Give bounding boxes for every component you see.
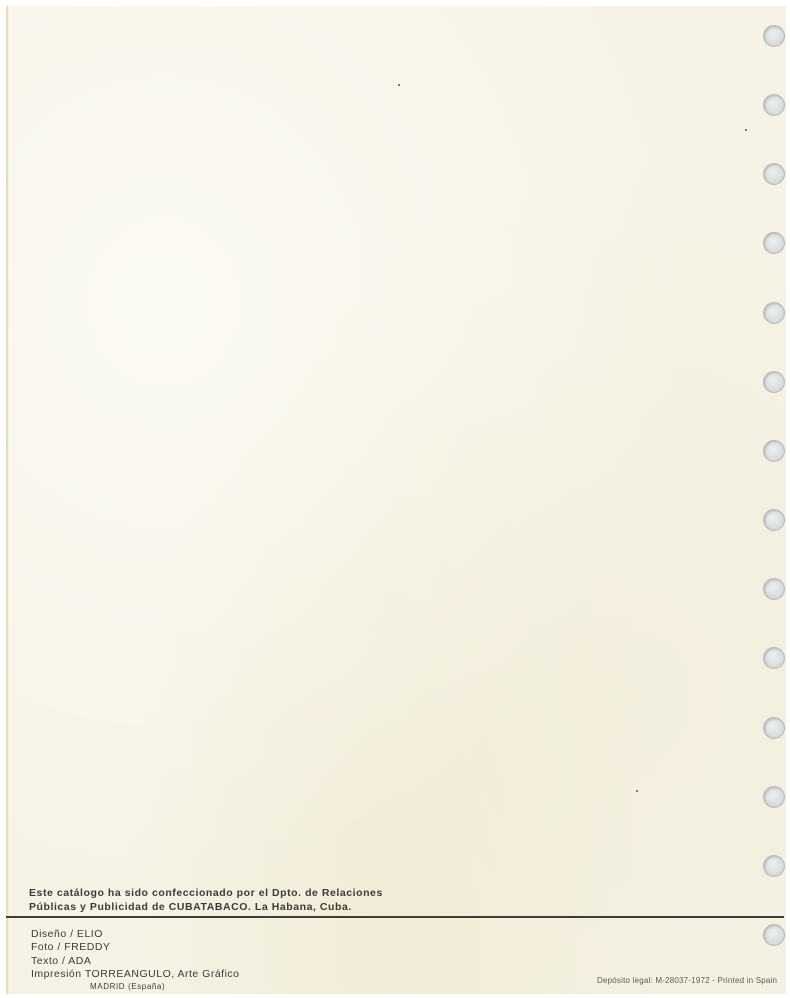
binder-hole-icon — [763, 924, 785, 946]
caption-line-2: Públicas y Publicidad de CUBATABACO. La … — [29, 900, 383, 914]
credit-city: MADRID (España) — [31, 982, 240, 992]
binder-hole-icon — [763, 25, 785, 47]
divider-rule — [6, 916, 784, 918]
binder-hole-icon — [763, 786, 785, 808]
paper-speck — [398, 84, 400, 86]
binder-hole-icon — [763, 163, 785, 185]
binder-hole-icon — [763, 232, 785, 254]
credit-photo: Foto / FREDDY — [31, 941, 240, 954]
binder-hole-icon — [763, 647, 785, 669]
credit-design: Diseño / ELIO — [31, 928, 240, 941]
paper-speck — [745, 129, 747, 131]
binder-hole-icon — [763, 717, 785, 739]
binder-hole-icon — [763, 371, 785, 393]
paper-speck — [636, 790, 638, 792]
credit-printing: Impresión TORREANGULO, Arte Gráfico — [31, 968, 240, 981]
catalog-credit-caption: Este catálogo ha sido confeccionado por … — [29, 886, 383, 914]
binder-hole-icon — [763, 509, 785, 531]
caption-line-1: Este catálogo ha sido confeccionado por … — [29, 886, 383, 900]
credit-text: Texto / ADA — [31, 955, 240, 968]
binder-hole-icon — [763, 440, 785, 462]
binder-hole-icon — [763, 302, 785, 324]
legal-deposit-notice: Depósito legal: M-28037-1972 - Printed i… — [597, 976, 777, 985]
page-edge — [6, 6, 9, 994]
binder-hole-icon — [763, 578, 785, 600]
binder-hole-icon — [763, 855, 785, 877]
binder-hole-icon — [763, 94, 785, 116]
production-credits: Diseño / ELIO Foto / FREDDY Texto / ADA … — [31, 928, 240, 992]
catalog-page — [6, 6, 786, 994]
